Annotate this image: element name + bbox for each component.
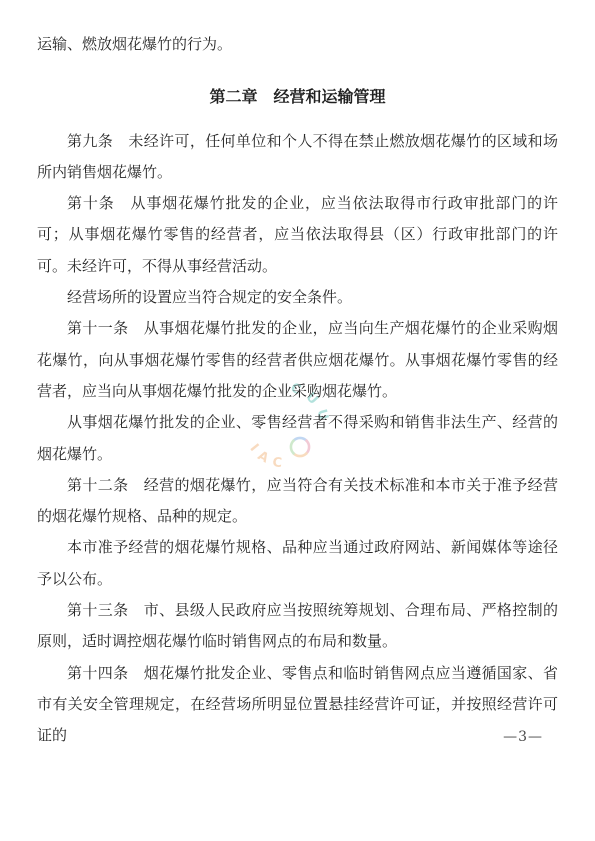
document-body: 运输、燃放烟花爆竹的行为。 第二章 经营和运输管理 第九条 未经许可，任何单位和… bbox=[37, 29, 558, 752]
paragraph-article-9: 第九条 未经许可，任何单位和个人不得在禁止燃放烟花爆竹的区域和场所内销售烟花爆竹… bbox=[37, 126, 558, 189]
paragraph-article-12: 第十二条 经营的烟花爆竹，应当符合有关技术标准和本市关于准予经营的烟花爆竹规格、… bbox=[37, 470, 558, 533]
chapter-heading: 第二章 经营和运输管理 bbox=[37, 81, 558, 112]
document-page: CUU IAC 运输、燃放烟花爆竹的行为。 第二章 经营和运输管理 第九条 未经… bbox=[0, 0, 595, 841]
paragraph-article-10: 第十条 从事烟花爆竹批发的企业，应当依法取得市行政审批部门的许可；从事烟花爆竹零… bbox=[37, 188, 558, 282]
paragraph-article-10-2: 经营场所的设置应当符合规定的安全条件。 bbox=[37, 282, 558, 313]
paragraph-article-13: 第十三条 市、县级人民政府应当按照统筹规划、合理布局、严格控制的原则，适时调控烟… bbox=[37, 595, 558, 658]
paragraph-article-11-2: 从事烟花爆竹批发的企业、零售经营者不得采购和销售非法生产、经营的烟花爆竹。 bbox=[37, 407, 558, 470]
paragraph-article-14: 第十四条 烟花爆竹批发企业、零售点和临时销售网点应当遵循国家、省市有关安全管理规… bbox=[37, 658, 558, 752]
page-number: —3— bbox=[503, 729, 543, 745]
paragraph-article-12-2: 本市准予经营的烟花爆竹规格、品种应当通过政府网站、新闻媒体等途径予以公布。 bbox=[37, 532, 558, 595]
paragraph-article-11: 第十一条 从事烟花爆竹批发的企业，应当向生产烟花爆竹的企业采购烟花爆竹，向从事烟… bbox=[37, 313, 558, 407]
paragraph-continuation: 运输、燃放烟花爆竹的行为。 bbox=[37, 29, 558, 60]
